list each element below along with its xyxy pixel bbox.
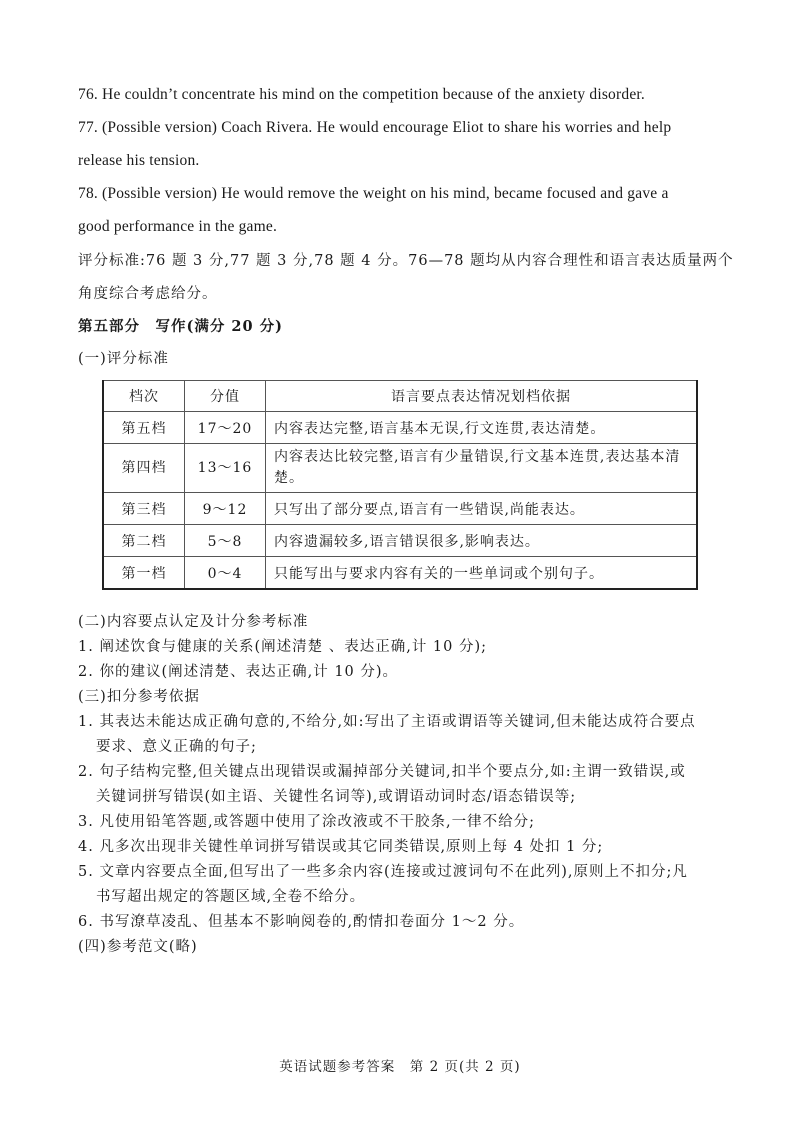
- cell-level: 第二档: [103, 525, 185, 557]
- cell-desc: 内容遗漏较多,语言错误很多,影响表达。: [266, 525, 698, 557]
- answer-78-line1: 78. (Possible version) He would remove t…: [78, 185, 669, 203]
- answer-78-line2: good performance in the game.: [78, 218, 277, 236]
- answer-76: 76. He couldn’t concentrate his mind on …: [78, 86, 645, 104]
- table-row: 第二档 5～8 内容遗漏较多,语言错误很多,影响表达。: [103, 525, 697, 557]
- section-title: 第五部分 写作(满分 20 分): [78, 315, 283, 336]
- cell-desc: 内容表达完整,语言基本无误,行文连贯,表达清楚。: [266, 412, 698, 444]
- cell-score: 17～20: [185, 412, 266, 444]
- part3-item-1-line2: 要求、意义正确的句子;: [96, 735, 257, 756]
- cell-score: 0～4: [185, 557, 266, 590]
- scoring-note-line1: 评分标准:76 题 3 分,77 题 3 分,78 题 4 分。76—78 题均…: [78, 249, 734, 270]
- header-criteria: 语言要点表达情况划档依据: [266, 381, 698, 412]
- cell-desc: 只写出了部分要点,语言有一些错误,尚能表达。: [266, 493, 698, 525]
- answer-77-line2: release his tension.: [78, 152, 200, 170]
- scoring-note-line2: 角度综合考虑给分。: [78, 282, 218, 303]
- rubric-table: 档次 分值 语言要点表达情况划档依据 第五档 17～20 内容表达完整,语言基本…: [102, 380, 698, 590]
- cell-level: 第三档: [103, 493, 185, 525]
- cell-score: 5～8: [185, 525, 266, 557]
- part3-item-6: 6. 书写潦草凌乱、但基本不影响阅卷的,酌情扣卷面分 1～2 分。: [78, 910, 524, 931]
- answer-77-line1: 77. (Possible version) Coach Rivera. He …: [78, 119, 671, 137]
- part3-item-5-line1: 5. 文章内容要点全面,但写出了一些多余内容(连接或过渡词句不在此列),原则上不…: [78, 860, 688, 881]
- part3-item-4: 4. 凡多次出现非关键性单词拼写错误或其它同类错误,原则上每 4 处扣 1 分;: [78, 835, 603, 856]
- table-row: 第四档 13～16 内容表达比较完整,语言有少量错误,行文基本连贯,表达基本清楚…: [103, 444, 697, 493]
- cell-level: 第一档: [103, 557, 185, 590]
- cell-level: 第五档: [103, 412, 185, 444]
- header-level: 档次: [103, 381, 185, 412]
- cell-score: 13～16: [185, 444, 266, 493]
- part3-heading: (三)扣分参考依据: [78, 685, 200, 706]
- part3-item-2-line1: 2. 句子结构完整,但关键点出现错误或漏掉部分关键词,扣半个要点分,如:主谓一致…: [78, 760, 686, 781]
- part3-item-2-line2: 关键词拼写错误(如主语、关键性名词等),或谓语动词时态/语态错误等;: [96, 785, 576, 806]
- cell-score: 9～12: [185, 493, 266, 525]
- part2-item-2: 2. 你的建议(阐述清楚、表达正确,计 10 分)。: [78, 660, 398, 681]
- part2-item-1: 1. 阐述饮食与健康的关系(阐述清楚 、表达正确,计 10 分);: [78, 635, 487, 656]
- part1-heading: (一)评分标准: [78, 347, 169, 368]
- header-score: 分值: [185, 381, 266, 412]
- table-row: 第三档 9～12 只写出了部分要点,语言有一些错误,尚能表达。: [103, 493, 697, 525]
- part3-item-1-line1: 1. 其表达未能达成正确句意的,不给分,如:写出了主语或谓语等关键词,但未能达成…: [78, 710, 696, 731]
- cell-desc: 内容表达比较完整,语言有少量错误,行文基本连贯,表达基本清楚。: [266, 444, 698, 493]
- part3-item-3: 3. 凡使用铅笔答题,或答题中使用了涂改液或不干胶条,一律不给分;: [78, 810, 535, 831]
- cell-level: 第四档: [103, 444, 185, 493]
- part2-heading: (二)内容要点认定及计分参考标准: [78, 610, 308, 631]
- page-footer: 英语试题参考答案 第 2 页(共 2 页): [0, 1055, 800, 1075]
- table-row: 第一档 0～4 只能写出与要求内容有关的一些单词或个别句子。: [103, 557, 697, 590]
- cell-desc: 只能写出与要求内容有关的一些单词或个别句子。: [266, 557, 698, 590]
- table-row: 第五档 17～20 内容表达完整,语言基本无误,行文连贯,表达清楚。: [103, 412, 697, 444]
- part3-item-5-line2: 书写超出规定的答题区域,全卷不给分。: [96, 885, 365, 906]
- part4-heading: (四)参考范文(略): [78, 935, 198, 956]
- table-header-row: 档次 分值 语言要点表达情况划档依据: [103, 381, 697, 412]
